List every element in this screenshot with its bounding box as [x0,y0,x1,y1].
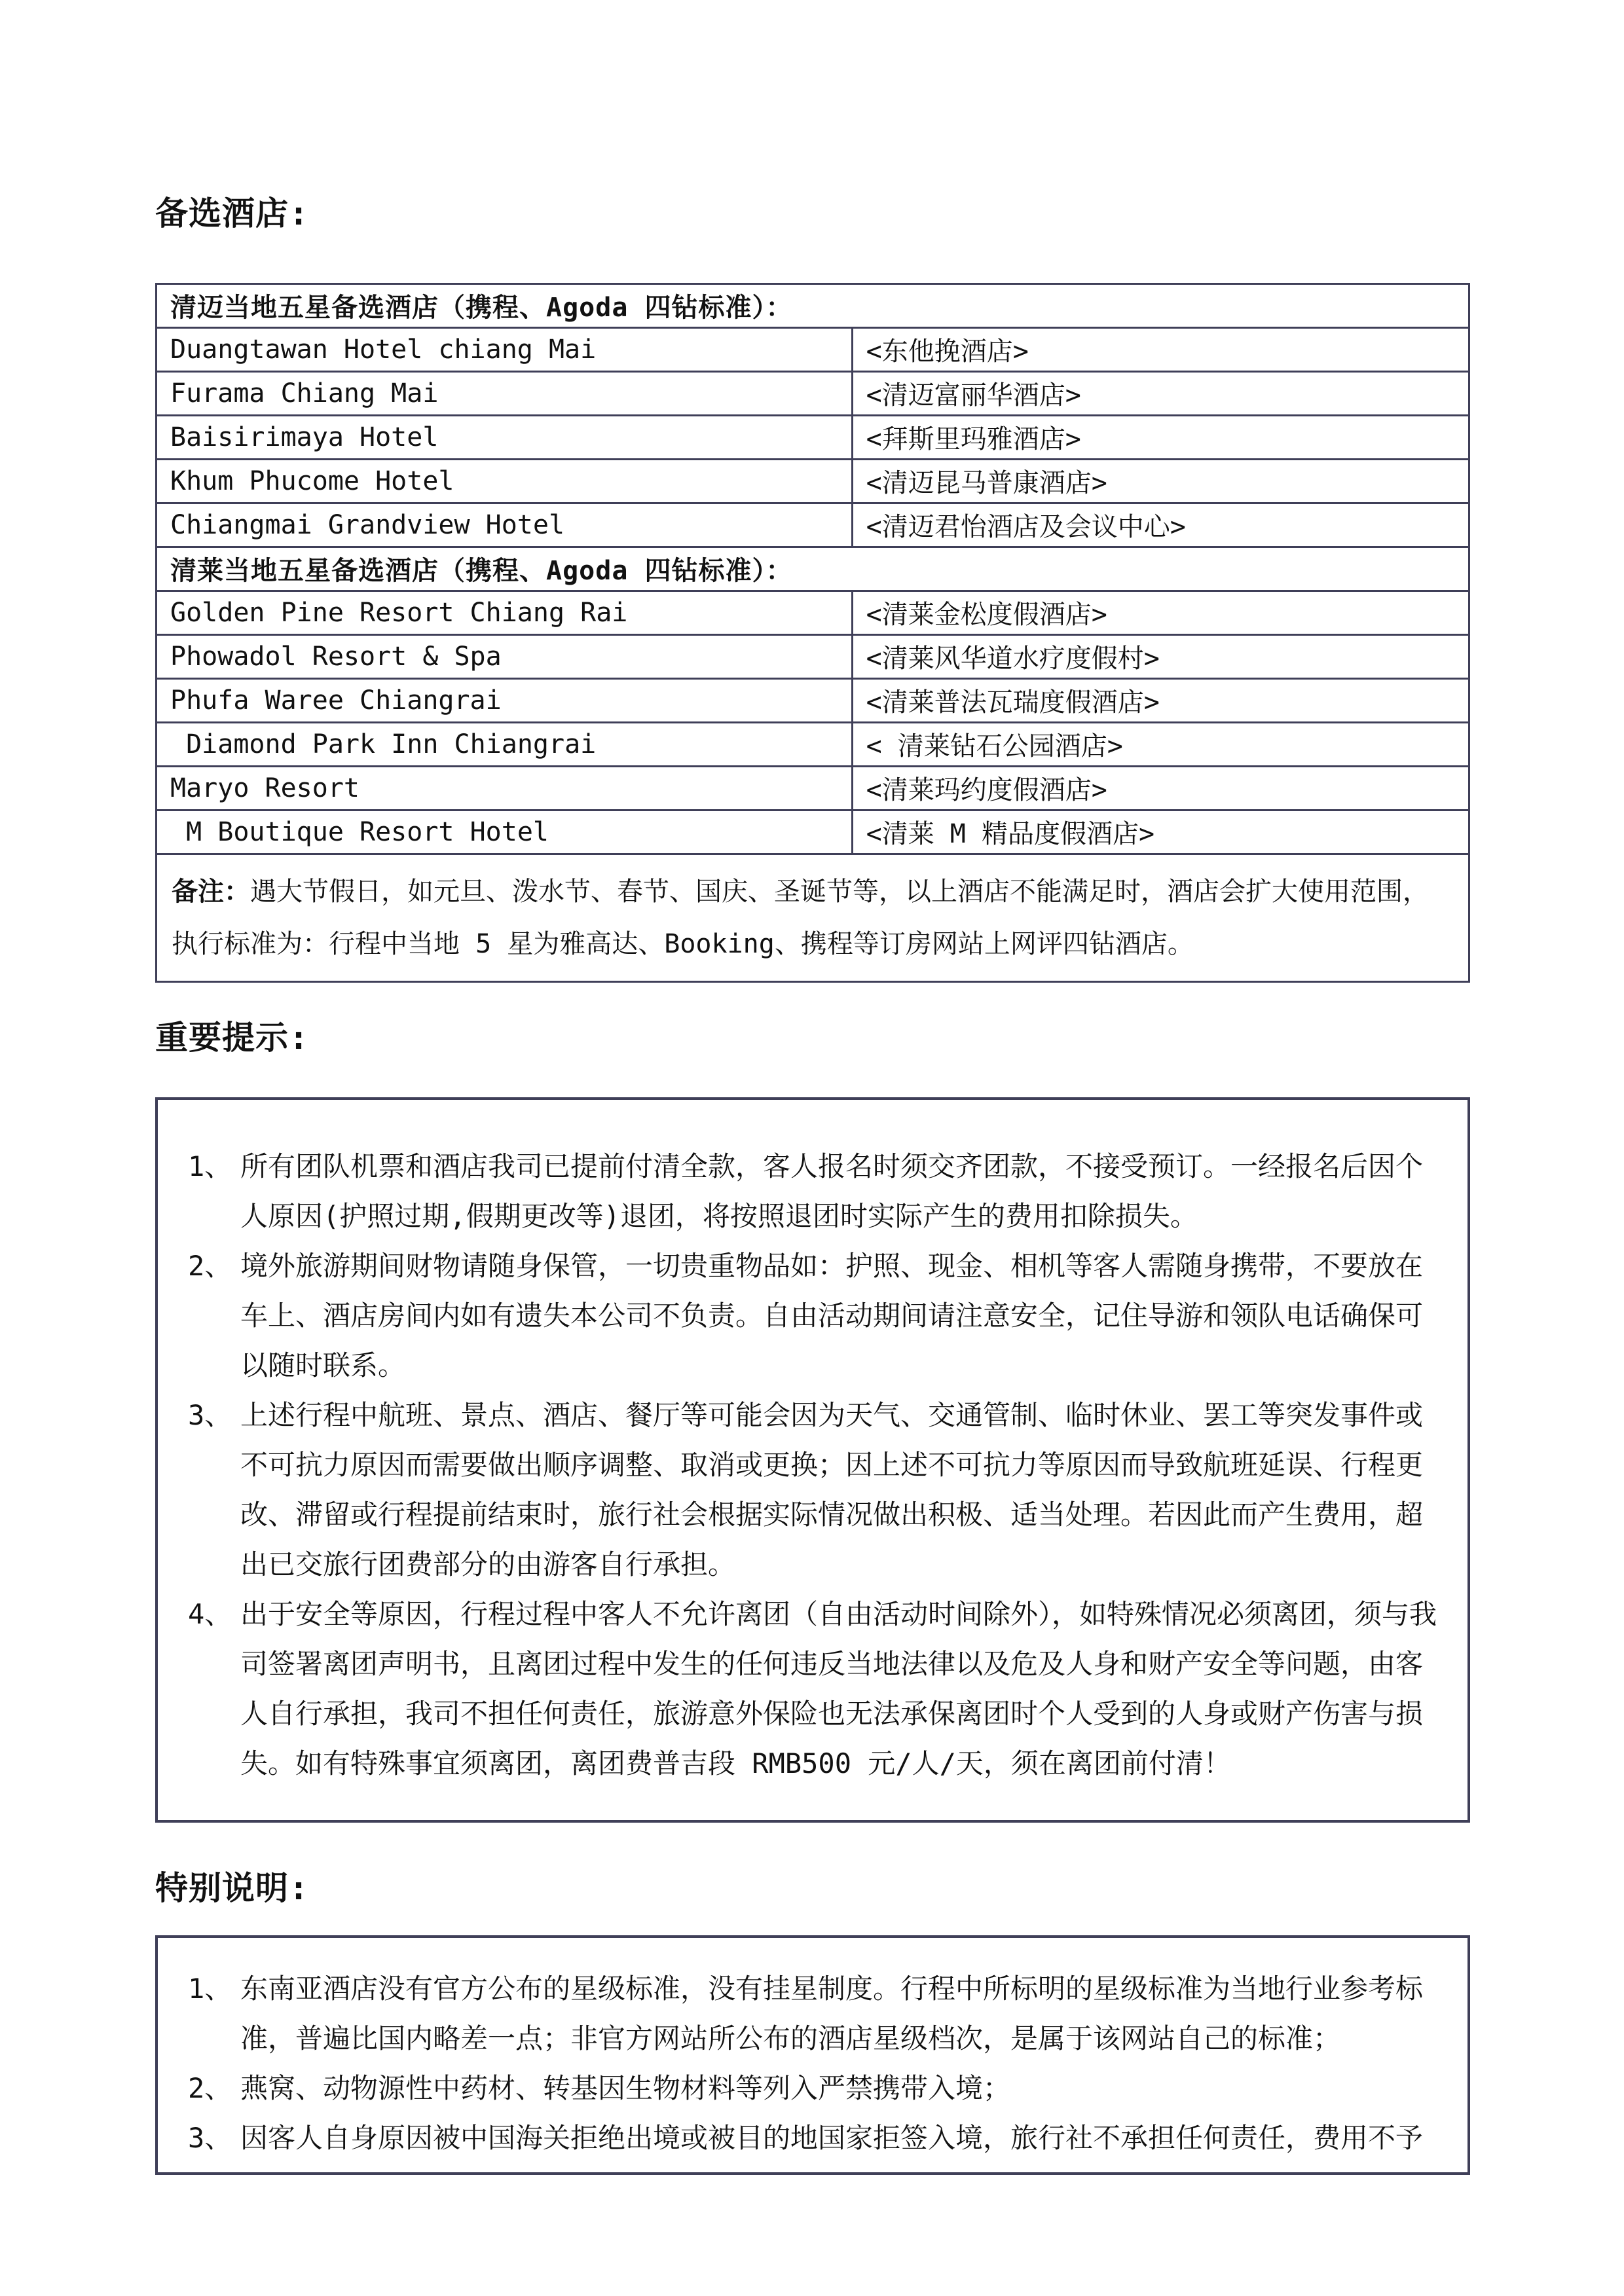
item-number: 3、 [188,2113,240,2163]
hotel-name-cn: <清莱 M 精品度假酒店> [852,810,1469,854]
hotel-name-cn: <清迈昆马普康酒店> [852,459,1469,503]
hotel-name-en: Maryo Resort [157,766,853,810]
note-cell: 备注：遇大节假日，如元旦、泼水节、春节、国庆、圣诞节等，以上酒店不能满足时，酒店… [157,854,1469,981]
item-number: 4、 [188,1590,240,1789]
table-row: Phufa Waree Chiangrai <清莱普法瓦瑞度假酒店> [157,678,1469,722]
special-notes-box: 1、 东南亚酒店没有官方公布的星级标准，没有挂星制度。行程中所标明的星级标准为当… [155,1935,1470,2175]
hotel-name-en: M Boutique Resort Hotel [157,810,853,854]
hotel-name-cn: <清莱普法瓦瑞度假酒店> [852,678,1469,722]
hotel-name-en: Phowadol Resort & Spa [157,634,853,678]
table-row: Phowadol Resort & Spa <清莱风华道水疗度假村> [157,634,1469,678]
item-number: 2、 [188,2064,240,2113]
section-header-row: 清莱当地五星备选酒店（携程、Agoda 四钻标准）： [157,547,1469,591]
hotel-name-cn: <东他挽酒店> [852,327,1469,371]
item-text: 境外旅游期间财物请随身保管，一切贵重物品如：护照、现金、相机等客人需随身携带，不… [240,1241,1437,1391]
section-header-chiangmai: 清迈当地五星备选酒店（携程、Agoda 四钻标准）： [157,283,1469,327]
hotels-heading: 备选酒店: [155,195,1470,233]
notice-item: 2、 燕窝、动物源性中药材、转基因生物材料等列入严禁携带入境； [188,2064,1437,2113]
item-number: 2、 [188,1241,240,1391]
hotel-name-cn: <清莱玛约度假酒店> [852,766,1469,810]
hotel-name-en: Furama Chiang Mai [157,371,853,415]
note-text: 遇大节假日，如元旦、泼水节、春节、国庆、圣诞节等，以上酒店不能满足时，酒店会扩大… [172,877,1429,959]
notice-item: 4、 出于安全等原因，行程过程中客人不允许离团（自由活动时间除外），如特殊情况必… [188,1590,1437,1789]
hotel-name-en: Diamond Park Inn Chiangrai [157,722,853,766]
table-row: Furama Chiang Mai <清迈富丽华酒店> [157,371,1469,415]
table-row: Golden Pine Resort Chiang Rai <清莱金松度假酒店> [157,591,1469,634]
table-row: Baisirimaya Hotel <拜斯里玛雅酒店> [157,415,1469,459]
special-notes-heading: 特别说明: [155,1870,1470,1908]
item-text: 燕窝、动物源性中药材、转基因生物材料等列入严禁携带入境； [240,2064,1437,2113]
hotel-name-en: Phufa Waree Chiangrai [157,678,853,722]
hotel-name-cn: <清迈君怡酒店及会议中心> [852,503,1469,547]
item-text: 所有团队机票和酒店我司已提前付清全款，客人报名时须交齐团款，不接受预订。一经报名… [240,1142,1437,1241]
notice-item: 2、 境外旅游期间财物请随身保管，一切贵重物品如：护照、现金、相机等客人需随身携… [188,1241,1437,1391]
note-label: 备注： [172,877,250,907]
hotel-name-cn: <清莱风华道水疗度假村> [852,634,1469,678]
notice-item: 1、 所有团队机票和酒店我司已提前付清全款，客人报名时须交齐团款，不接受预订。一… [188,1142,1437,1241]
item-number: 1、 [188,1142,240,1241]
notice-item: 1、 东南亚酒店没有官方公布的星级标准，没有挂星制度。行程中所标明的星级标准为当… [188,1964,1437,2064]
notice-item: 3、 因客人自身原因被中国海关拒绝出境或被目的地国家拒签入境，旅行社不承担任何责… [188,2113,1437,2163]
section-header-chiangrai: 清莱当地五星备选酒店（携程、Agoda 四钻标准）： [157,547,1469,591]
item-text: 出于安全等原因，行程过程中客人不允许离团（自由活动时间除外），如特殊情况必须离团… [240,1590,1437,1789]
note-row: 备注：遇大节假日，如元旦、泼水节、春节、国庆、圣诞节等，以上酒店不能满足时，酒店… [157,854,1469,981]
hotel-name-cn: <清莱金松度假酒店> [852,591,1469,634]
hotel-name-en: Baisirimaya Hotel [157,415,853,459]
hotel-name-en: Chiangmai Grandview Hotel [157,503,853,547]
document-page: 备选酒店: 清迈当地五星备选酒店（携程、Agoda 四钻标准）： Duangta… [0,0,1624,2296]
item-text: 东南亚酒店没有官方公布的星级标准，没有挂星制度。行程中所标明的星级标准为当地行业… [240,1964,1437,2064]
hotel-name-cn: < 清莱钻石公园酒店> [852,722,1469,766]
table-row: Diamond Park Inn Chiangrai < 清莱钻石公园酒店> [157,722,1469,766]
table-row: Maryo Resort <清莱玛约度假酒店> [157,766,1469,810]
section-header-row: 清迈当地五星备选酒店（携程、Agoda 四钻标准）： [157,283,1469,327]
important-notice-heading: 重要提示: [155,1019,1470,1057]
item-text: 因客人自身原因被中国海关拒绝出境或被目的地国家拒签入境，旅行社不承担任何责任，费… [240,2113,1437,2163]
table-row: Duangtawan Hotel chiang Mai <东他挽酒店> [157,327,1469,371]
important-notices-box: 1、 所有团队机票和酒店我司已提前付清全款，客人报名时须交齐团款，不接受预订。一… [155,1097,1470,1823]
table-row: M Boutique Resort Hotel <清莱 M 精品度假酒店> [157,810,1469,854]
hotel-name-en: Khum Phucome Hotel [157,459,853,503]
item-text: 上述行程中航班、景点、酒店、餐厅等可能会因为天气、交通管制、临时休业、罢工等突发… [240,1391,1437,1590]
backup-hotels-table: 清迈当地五星备选酒店（携程、Agoda 四钻标准）： Duangtawan Ho… [155,283,1470,983]
notice-item: 3、 上述行程中航班、景点、酒店、餐厅等可能会因为天气、交通管制、临时休业、罢工… [188,1391,1437,1590]
table-row: Chiangmai Grandview Hotel <清迈君怡酒店及会议中心> [157,503,1469,547]
item-number: 1、 [188,1964,240,2064]
table-row: Khum Phucome Hotel <清迈昆马普康酒店> [157,459,1469,503]
hotel-name-en: Duangtawan Hotel chiang Mai [157,327,853,371]
hotel-name-en: Golden Pine Resort Chiang Rai [157,591,853,634]
item-number: 3、 [188,1391,240,1590]
hotel-name-cn: <拜斯里玛雅酒店> [852,415,1469,459]
hotel-name-cn: <清迈富丽华酒店> [852,371,1469,415]
